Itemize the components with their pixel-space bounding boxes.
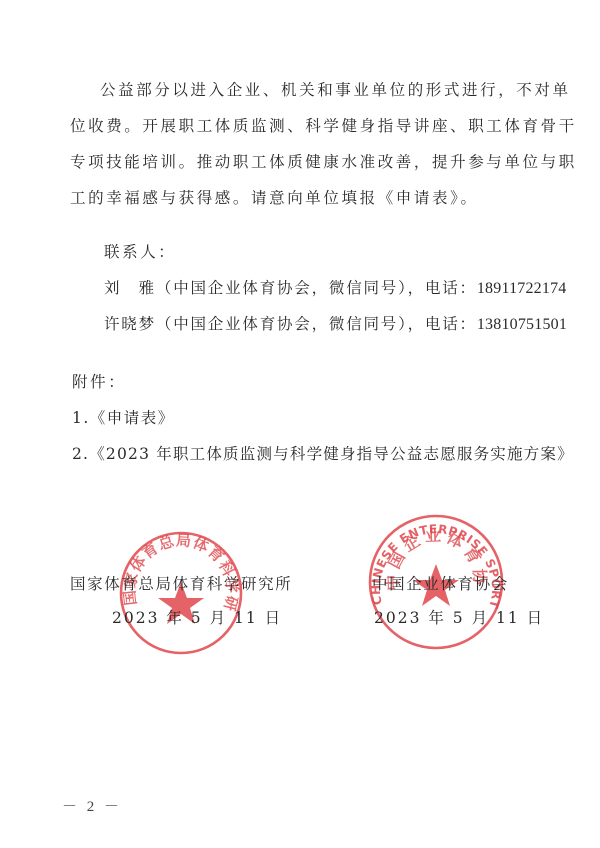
contact-name: 许晓梦 [104,315,156,333]
page-number: － 2 － [62,795,122,816]
contact-phone: 18911722174 [477,280,567,297]
signature-date-2: 2023 年 5 月 11 日 [374,608,544,628]
contact-name: 刘 雅 [104,279,156,297]
contact-org: （中国企业体育协会，微信同号），电话： [156,279,477,297]
signature-org-2: 中国企业体育协会 [372,574,509,594]
attachments-label: 附件： [72,372,126,392]
contact-org: （中国企业体育协会，微信同号），电话： [156,315,477,333]
contact-phone: 13810751501 [477,316,567,333]
contact-row: 刘 雅（中国企业体育协会，微信同号），电话：18911722174 [104,278,566,299]
paragraph-line-2: 位收费。开展职工体质监测、科学健身指导讲座、职工体育骨干 [70,116,577,136]
paragraph-line-4: 工的幸福感与获得感。请意向单位填报《申请表》。 [70,188,479,208]
signature-org-1: 国家体育总局体育科学研究所 [70,574,292,594]
signature-date-1: 2023 年 5 月 11 日 [112,608,282,628]
attachment-item-1: 1.《申请表》 [72,408,175,428]
paragraph-line-3: 专项技能培训。推动职工体质健康水准改善，提升参与单位与职 [70,152,577,172]
attachment-item-2: 2.《2023 年职工体质监测与科学健身指导公益志愿服务实施方案》 [72,444,574,464]
paragraph-line-1: 公益部分以进入企业、机关和事业单位的形式进行，不对单 [100,80,571,100]
contact-row: 许晓梦（中国企业体育协会，微信同号），电话：13810751501 [104,314,567,335]
contacts-label: 联系人： [104,242,176,262]
